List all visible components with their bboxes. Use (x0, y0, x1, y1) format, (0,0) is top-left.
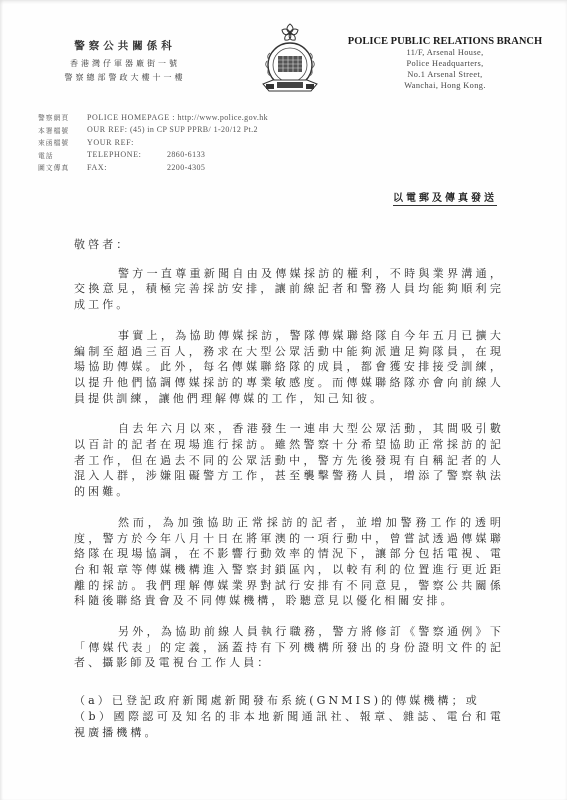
ref-label-en: OUR REF: (87, 125, 128, 134)
delivery-note: 以電郵及傳真發送 (393, 189, 497, 206)
telephone-value: 2860-6133 (167, 150, 205, 159)
ref-label-zh: 警察網頁 (38, 112, 87, 122)
ref-row-your-ref: 來函檔號 YOUR REF: (38, 136, 268, 149)
address-line-en: Wanchai, Hong Kong. (330, 80, 560, 91)
address-block-en: 11/F, Arsenal House, Police Headquarters… (330, 47, 560, 91)
ref-label-zh: 圖文傳真 (38, 162, 87, 172)
ref-label-zh: 本署檔號 (38, 125, 87, 135)
org-name-en: POLICE PUBLIC RELATIONS BRANCH (330, 36, 560, 47)
address-line-zh: 警察總部警政大樓十一樓 (50, 71, 200, 85)
our-ref-value: (45) in CP SUP PPRB/ 1-20/12 Pt.2 (130, 125, 258, 134)
ref-label-en: FAX: (87, 163, 167, 172)
letterhead-english: POLICE PUBLIC RELATIONS BRANCH 11/F, Ars… (330, 36, 560, 91)
homepage-link[interactable]: http://www.police.gov.hk (178, 113, 269, 122)
ref-label-en: POLICE HOMEPAGE : (87, 113, 175, 122)
ref-label-en: YOUR REF: (87, 138, 134, 147)
paragraph: 警方一直尊重新聞自由及傳媒採訪的權利，不時與業界溝通，交換意見，積極完善採訪安排… (74, 266, 504, 313)
list-item: （b）國際認可及知名的非本地新聞通訊社、報章、雜誌、電台和電視廣播機構。 (74, 709, 504, 740)
letter-page: 警察公共關係科 香港灣仔軍器廠街一號 警察總部警政大樓十一樓 (0, 0, 567, 800)
list-item: （a）已登記政府新聞處新聞發布系統(GNMIS)的傳媒機構；或 (74, 693, 504, 709)
paragraph: 另外，為協助前線人員執行職務，警方將修訂《警察通例》下「傳媒代表」的定義，涵蓋持… (74, 624, 504, 671)
police-emblem-icon (255, 20, 325, 98)
address-line-en: Police Headquarters, (330, 58, 560, 69)
address-line-en: No.1 Arsenal Street, (330, 69, 560, 80)
reference-block: 警察網頁 POLICE HOMEPAGE : http://www.police… (38, 111, 268, 174)
org-name-zh: 警察公共關係科 (50, 38, 200, 53)
ref-label-en: TELEPHONE: (87, 150, 167, 159)
ref-label-zh: 來函檔號 (38, 137, 87, 147)
address-line-zh: 香港灣仔軍器廠街一號 (50, 57, 200, 71)
definition-list: （a）已登記政府新聞處新聞發布系統(GNMIS)的傳媒機構；或 （b）國際認可及… (74, 693, 504, 740)
address-line-en: 11/F, Arsenal House, (330, 47, 560, 58)
paragraph: 自去年六月以來，香港發生一連串大型公眾活動，其間吸引數以百計的記者在現場進行採訪… (74, 421, 504, 500)
ref-row-fax: 圖文傳真 FAX: 2200-4305 (38, 161, 268, 174)
paragraph: 事實上，為協助傳媒採訪，警隊傳媒聯絡隊自今年五月已擴大編制至超過三百人，務求在大… (74, 328, 504, 407)
letter-body: 敬啓者： 警方一直尊重新聞自由及傳媒採訪的權利，不時與業界溝通，交換意見，積極完… (74, 237, 504, 740)
fax-value: 2200-4305 (167, 163, 205, 172)
ref-label-zh: 電話 (38, 150, 87, 160)
paragraph: 然而，為加強協助正常採訪的記者，並增加警務工作的透明度，警方於今年八月十日在將軍… (74, 515, 504, 609)
ref-row-telephone: 電話 TELEPHONE: 2860-6133 (38, 149, 268, 162)
letterhead-chinese: 警察公共關係科 香港灣仔軍器廠街一號 警察總部警政大樓十一樓 (50, 38, 200, 85)
salutation: 敬啓者： (74, 237, 504, 253)
ref-row-our-ref: 本署檔號 OUR REF: (45) in CP SUP PPRB/ 1-20/… (38, 124, 268, 137)
ref-row-homepage: 警察網頁 POLICE HOMEPAGE : http://www.police… (38, 111, 268, 124)
